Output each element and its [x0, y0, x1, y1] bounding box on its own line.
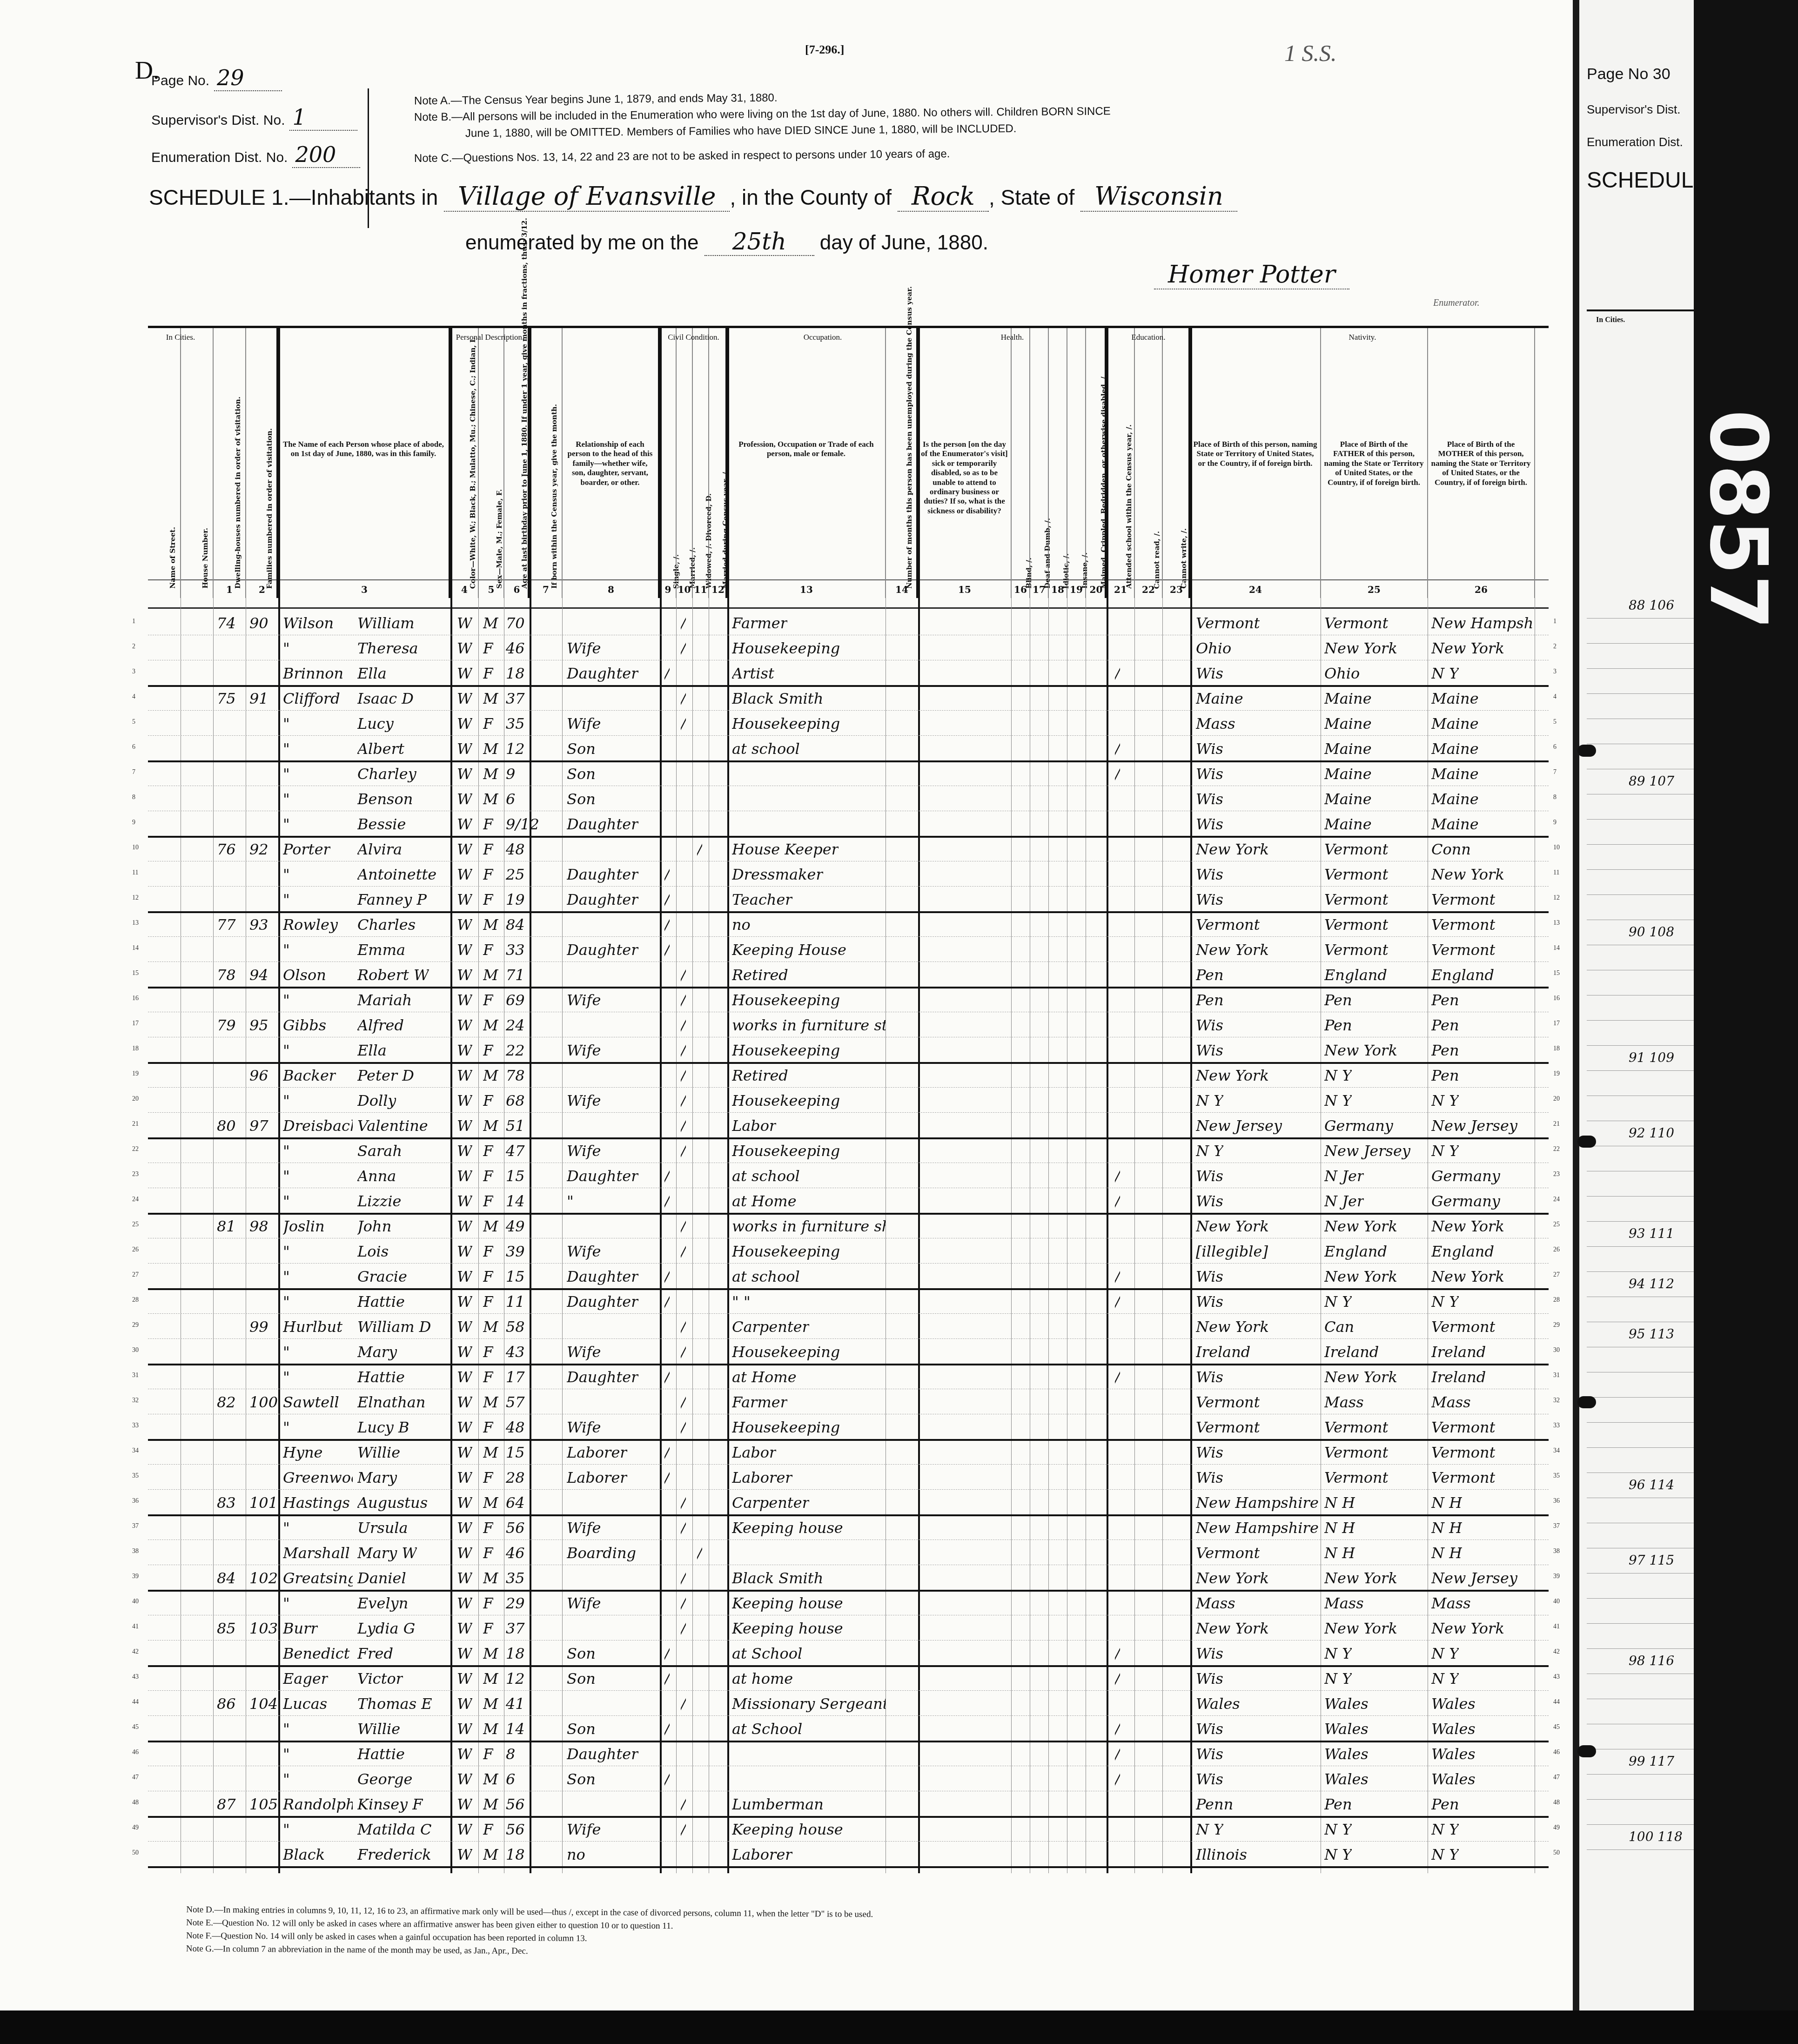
column-header: Married, /.	[676, 328, 692, 598]
line-number: 24	[1553, 1196, 1560, 1204]
occupation: Lumberman	[732, 1795, 824, 1813]
father-birthplace: N Jer	[1324, 1192, 1364, 1210]
age: 6	[506, 790, 515, 808]
birthplace: Wis	[1196, 1720, 1223, 1738]
married-mark: /	[681, 1494, 686, 1512]
facing-table-row: 96 114	[1587, 1472, 1694, 1498]
facing-table-row	[1587, 1699, 1694, 1724]
single-mark: /	[664, 916, 670, 934]
father-birthplace: Vermont	[1324, 1469, 1388, 1486]
mother-birthplace: Vermont	[1431, 1318, 1495, 1336]
surname: Joslin	[283, 1217, 325, 1235]
father-birthplace: Vermont	[1324, 941, 1388, 959]
column-header: Cannot write, /.	[1162, 328, 1190, 598]
column-number: 24	[1190, 584, 1321, 603]
given-name: Evelyn	[357, 1594, 408, 1612]
family-number: 103	[249, 1620, 278, 1637]
line-number: 43	[1553, 1674, 1560, 1681]
line-number: 47	[132, 1774, 139, 1782]
married-mark: /	[681, 1419, 686, 1436]
dwelling-number: 74	[217, 614, 236, 632]
facing-table-row: 91 109	[1587, 1045, 1694, 1071]
birthplace: Wales	[1196, 1695, 1240, 1713]
column-header: Idiotic, /.	[1048, 328, 1067, 598]
given-name: Matilda C	[357, 1821, 431, 1838]
given-name: William D	[357, 1318, 431, 1336]
line-number: 12	[132, 894, 139, 902]
birthplace: Wis	[1196, 1293, 1223, 1311]
birthplace: New York	[1196, 941, 1269, 959]
given-name: Gracie	[357, 1268, 407, 1285]
column-header: Color—White, W.; Black, B.; Mulatto, Mu.…	[450, 328, 478, 598]
line-number: 44	[132, 1699, 139, 1706]
surname: Rowley	[283, 916, 338, 934]
color: W	[457, 1519, 472, 1537]
surname: "	[283, 866, 290, 883]
birthplace: Ireland	[1196, 1343, 1250, 1361]
relationship: Daughter	[567, 1745, 638, 1763]
surname: "	[283, 941, 290, 959]
sex: M	[483, 1645, 498, 1662]
sex: F	[483, 1745, 493, 1763]
color: W	[457, 1117, 472, 1135]
occupation: " "	[732, 1293, 751, 1311]
color: W	[457, 1016, 472, 1034]
color: W	[457, 941, 472, 959]
sex: F	[483, 1544, 493, 1562]
surname: "	[283, 715, 290, 733]
father-birthplace: Vermont	[1324, 1419, 1388, 1436]
color: W	[457, 1620, 472, 1637]
family-number: 99	[249, 1318, 268, 1336]
table-row: 444486104LucasThomas EWM41/Missionary Se…	[148, 1690, 1549, 1716]
sex: M	[483, 1318, 498, 1336]
relationship: Wife	[567, 715, 601, 733]
note-c: Note C.—Questions Nos. 13, 14, 22 and 23…	[414, 148, 950, 165]
given-name: John	[357, 1217, 391, 1235]
relationship: Daughter	[567, 891, 638, 908]
father-birthplace: N Y	[1324, 1092, 1352, 1109]
line-number: 17	[132, 1020, 139, 1028]
line-number: 42	[132, 1648, 139, 1656]
occupation: at School	[732, 1645, 802, 1662]
facing-table-row	[1587, 995, 1694, 1021]
line-number: 14	[132, 945, 139, 952]
facing-table-row	[1587, 1020, 1694, 1046]
line-number: 20	[1553, 1096, 1560, 1103]
given-name: Lydia G	[357, 1620, 415, 1637]
facing-table-row	[1587, 1146, 1694, 1171]
mother-birthplace: New York	[1431, 1217, 1504, 1235]
line-number: 40	[1553, 1598, 1560, 1606]
mother-birthplace: New Jersey	[1431, 1569, 1517, 1587]
facing-table-row	[1587, 1246, 1694, 1272]
father-birthplace: N Y	[1324, 1067, 1352, 1084]
father-birthplace: Vermont	[1324, 840, 1388, 858]
line-number: 13	[132, 920, 139, 927]
sex: M	[483, 1569, 498, 1587]
sex: M	[483, 1393, 498, 1411]
color: W	[457, 916, 472, 934]
sex: M	[483, 1846, 498, 1863]
dwelling-number: 77	[217, 916, 236, 934]
age: 47	[506, 1142, 525, 1160]
relationship: Son	[567, 790, 596, 808]
given-name: Alvira	[357, 840, 402, 858]
birthplace: New York	[1196, 1217, 1269, 1235]
color: W	[457, 840, 472, 858]
table-row: 33BrinnonEllaWF18Daughter/Artist/WisOhio…	[148, 660, 1549, 687]
dwelling-number: 80	[217, 1117, 236, 1135]
footer-notes: Note D.—In making entries in columns 9, …	[186, 1903, 873, 1960]
surname: "	[283, 1167, 290, 1185]
given-name: Hattie	[357, 1293, 405, 1311]
table-row: 10107692PorterAlviraWF48/House KeeperNew…	[148, 836, 1549, 861]
sex: M	[483, 1117, 498, 1135]
enumerator-label: Enumerator.	[1433, 298, 1479, 309]
age: 46	[506, 1544, 525, 1562]
line-number: 44	[1553, 1699, 1560, 1706]
father-birthplace: Can	[1324, 1318, 1354, 1336]
given-name: Hattie	[357, 1745, 405, 1763]
table-row: 5050BlackFrederickWM18noLaborerIllinoisN…	[148, 1841, 1549, 1868]
occupation: Housekeeping	[732, 639, 840, 657]
father-birthplace: Wales	[1324, 1745, 1369, 1763]
facing-table-row	[1587, 1070, 1694, 1096]
sex: F	[483, 1142, 493, 1160]
age: 48	[506, 840, 525, 858]
page-number: 29	[214, 65, 282, 91]
age: 18	[506, 1846, 525, 1863]
father-birthplace: Mass	[1324, 1393, 1364, 1411]
occupation: Labor	[732, 1117, 776, 1135]
column-number: 16	[1011, 584, 1030, 603]
family-number: 104	[249, 1695, 278, 1713]
surname: Greenwood	[283, 1469, 353, 1486]
sex: M	[483, 1217, 498, 1235]
line-number: 11	[132, 869, 138, 877]
occupation: Dressmaker	[732, 866, 823, 883]
father-birthplace: Pen	[1324, 991, 1352, 1009]
line-number: 16	[1553, 995, 1560, 1002]
father-birthplace: Germany	[1324, 1117, 1393, 1135]
occupation: Carpenter	[732, 1494, 809, 1512]
sex: M	[483, 765, 498, 783]
father-birthplace: New Jersey	[1324, 1142, 1410, 1160]
age: 18	[506, 665, 525, 682]
surname: "	[283, 790, 290, 808]
birthplace: Wis	[1196, 1042, 1223, 1059]
line-number: 39	[132, 1573, 139, 1580]
birthplace: N Y	[1196, 1821, 1223, 1838]
mother-birthplace: Pen	[1431, 1795, 1459, 1813]
married-mark: /	[681, 1217, 686, 1235]
occupation: at home	[732, 1670, 793, 1688]
age: 57	[506, 1393, 525, 1411]
occupation: no	[732, 916, 751, 934]
occupation: Retired	[732, 1067, 788, 1084]
sex: F	[483, 1594, 493, 1612]
sex: F	[483, 840, 493, 858]
column-number: 18	[1048, 584, 1067, 603]
line-number: 34	[1553, 1447, 1560, 1455]
sex: F	[483, 665, 493, 682]
table-row: 1818"EllaWF22Wife/HousekeepingWisNew Yor…	[148, 1037, 1549, 1064]
birthplace: Penn	[1196, 1795, 1233, 1813]
surname: Hyne	[283, 1444, 323, 1461]
occupation: Laborer	[732, 1846, 792, 1863]
mother-birthplace: N H	[1431, 1494, 1462, 1512]
frame-stamp: 0857	[1703, 410, 1778, 828]
surname: Benedict	[283, 1645, 350, 1662]
father-birthplace: N Y	[1324, 1645, 1352, 1662]
column-header: If born within the Census year, give the…	[530, 328, 562, 598]
given-name: Antoinette	[357, 866, 436, 883]
color: W	[457, 1745, 472, 1763]
table-row: 292999HurlbutWilliam DWM58/CarpenterNew …	[148, 1313, 1549, 1339]
given-name: Valentine	[357, 1117, 428, 1135]
father-birthplace: Vermont	[1324, 614, 1388, 632]
column-header: House Number.	[181, 328, 213, 598]
binder-ring	[1577, 745, 1596, 757]
dwelling-number: 85	[217, 1620, 236, 1637]
mother-birthplace: Maine	[1431, 790, 1479, 808]
birthplace: Wis	[1196, 891, 1223, 908]
family-number: 97	[249, 1117, 268, 1135]
mother-birthplace: Conn	[1431, 840, 1471, 858]
table-row: 1414"EmmaWF33Daughter/Keeping HouseNew Y…	[148, 936, 1549, 962]
family-number: 92	[249, 840, 268, 858]
facing-table-row: 92 110	[1587, 1121, 1694, 1146]
relationship: Wife	[567, 1594, 601, 1612]
facing-table-row: 97 115	[1587, 1548, 1694, 1573]
age: 15	[506, 1268, 525, 1285]
color: W	[457, 1444, 472, 1461]
surname: "	[283, 740, 290, 758]
mother-birthplace: N Y	[1431, 1821, 1459, 1838]
surname: "	[283, 1519, 290, 1537]
line-number: 15	[132, 970, 139, 977]
age: 6	[506, 1770, 515, 1788]
family-number: 105	[249, 1795, 278, 1813]
line-number: 7	[1553, 769, 1556, 776]
relationship: Wife	[567, 1821, 601, 1838]
facing-table-row	[1587, 794, 1694, 820]
married-mark: /	[681, 1695, 686, 1713]
facing-table-row	[1587, 1598, 1694, 1624]
father-birthplace: N Jer	[1324, 1167, 1364, 1185]
birthplace: Wis	[1196, 790, 1223, 808]
age: 12	[506, 740, 525, 758]
facing-table-row	[1587, 1774, 1694, 1800]
census-table: Name of Street.House Number.Dwelling-hou…	[148, 326, 1549, 1873]
relationship: Wife	[567, 1142, 601, 1160]
father-birthplace: N H	[1324, 1494, 1355, 1512]
binder-ring	[1577, 1136, 1596, 1148]
age: 37	[506, 1620, 525, 1637]
birthplace: Wis	[1196, 815, 1223, 833]
facing-table-row	[1587, 1347, 1694, 1372]
surname: Wilson	[283, 614, 334, 632]
line-number: 2	[132, 643, 135, 651]
column-number: 22	[1134, 584, 1162, 603]
column-header: Single, /.	[660, 328, 676, 598]
mother-birthplace: Maine	[1431, 815, 1479, 833]
surname: Burr	[283, 1620, 318, 1637]
column-group-education: Education.	[1107, 333, 1190, 342]
mother-birthplace: N Y	[1431, 665, 1459, 682]
single-mark: /	[664, 1720, 670, 1738]
surname: Porter	[283, 840, 330, 858]
given-name: Kinsey F	[357, 1795, 423, 1813]
color: W	[457, 715, 472, 733]
given-name: Victor	[357, 1670, 403, 1688]
birthplace: Vermont	[1196, 614, 1260, 632]
occupation: Housekeeping	[732, 1419, 840, 1436]
sex: M	[483, 1770, 498, 1788]
column-header: Deaf and Dumb, /.	[1030, 328, 1048, 598]
surname: "	[283, 1594, 290, 1612]
line-number: 3	[1553, 668, 1556, 676]
surname: Clifford	[283, 690, 340, 707]
line-number: 47	[1553, 1774, 1560, 1782]
given-name: Emma	[357, 941, 405, 959]
mother-birthplace: Mass	[1431, 1594, 1471, 1612]
single-mark: /	[664, 1368, 670, 1386]
birthplace: New Jersey	[1196, 1117, 1282, 1135]
line-number: 1	[132, 618, 135, 625]
facing-table-row	[1587, 1724, 1694, 1749]
given-name: Peter D	[357, 1067, 414, 1084]
surname: "	[283, 1192, 290, 1210]
column-number: 4	[450, 584, 478, 603]
line-number: 5	[1553, 719, 1556, 726]
mother-birthplace: N Y	[1431, 1092, 1459, 1109]
surname: Gibbs	[283, 1016, 326, 1034]
relationship: Daughter	[567, 1268, 638, 1285]
given-name: Thomas E	[357, 1695, 432, 1713]
occupation: Farmer	[732, 614, 787, 632]
table-row: 2222"SarahWF47Wife/HousekeepingN YNew Je…	[148, 1137, 1549, 1163]
color: W	[457, 1821, 472, 1838]
surname: "	[283, 1243, 290, 1260]
given-name: Ursula	[357, 1519, 408, 1537]
column-number: 11	[692, 584, 709, 603]
column-number: 8	[562, 584, 660, 603]
married-mark: /	[681, 1519, 686, 1537]
relationship: Daughter	[567, 866, 638, 883]
facing-table-row	[1587, 1372, 1694, 1398]
age: 43	[506, 1343, 525, 1361]
father-birthplace: New York	[1324, 1569, 1397, 1587]
color: W	[457, 790, 472, 808]
attended-school-mark: /	[1115, 765, 1120, 783]
column-number: 5	[478, 584, 504, 603]
sex: F	[483, 1519, 493, 1537]
birthplace: New York	[1196, 1620, 1269, 1637]
sex: M	[483, 740, 498, 758]
table-row: 15157894OlsonRobert WWM71/RetiredPenEngl…	[148, 961, 1549, 988]
age: 15	[506, 1167, 525, 1185]
family-number: 100	[249, 1393, 278, 1411]
father-birthplace: Mass	[1324, 1594, 1364, 1612]
line-number: 29	[1553, 1322, 1560, 1329]
given-name: Willie	[357, 1444, 400, 1461]
birthplace: Pen	[1196, 991, 1224, 1009]
mother-birthplace: Wales	[1431, 1695, 1476, 1713]
father-birthplace: Vermont	[1324, 916, 1388, 934]
table-row: 2020"DollyWF68Wife/HousekeepingN YN YN Y	[148, 1087, 1549, 1113]
line-number: 6	[132, 744, 135, 751]
line-number: 46	[1553, 1749, 1560, 1756]
line-number: 48	[132, 1799, 139, 1807]
facing-table-row	[1587, 1799, 1694, 1825]
facing-table-row	[1587, 945, 1694, 970]
single-mark: /	[664, 1444, 670, 1461]
dwelling-number: 86	[217, 1695, 236, 1713]
occupation: at school	[732, 1167, 800, 1185]
color: W	[457, 639, 472, 657]
birthplace: Wis	[1196, 1167, 1223, 1185]
facing-enumeration: Enumeration Dist.	[1587, 135, 1694, 149]
age: 29	[506, 1594, 525, 1612]
color: W	[457, 1293, 472, 1311]
line-number: 36	[132, 1498, 139, 1505]
facing-table-row: 88 106	[1587, 593, 1694, 619]
line-number: 22	[1553, 1146, 1560, 1153]
line-number: 5	[132, 719, 135, 726]
relationship: Daughter	[567, 665, 638, 682]
color: W	[457, 1243, 472, 1260]
facing-table-row	[1587, 1498, 1694, 1523]
facing-table-row: 90 108	[1587, 920, 1694, 945]
book-binding	[1694, 0, 1798, 2044]
line-number: 28	[132, 1297, 139, 1304]
color: W	[457, 866, 472, 883]
column-number: 15	[918, 584, 1011, 603]
mother-birthplace: New York	[1431, 639, 1504, 657]
sex: F	[483, 1092, 493, 1109]
birthplace: Wis	[1196, 866, 1223, 883]
sex: F	[483, 639, 493, 657]
table-row: 3737"UrsulaWF56Wife/Keeping houseNew Ham…	[148, 1514, 1549, 1540]
birthplace: N Y	[1196, 1092, 1223, 1109]
facing-table-row	[1587, 1397, 1694, 1423]
column-number: 17	[1030, 584, 1048, 603]
single-mark: /	[664, 1645, 670, 1662]
facing-table-row	[1587, 1447, 1694, 1473]
relationship: Laborer	[567, 1444, 627, 1461]
supervisor-district-field: Supervisor's Dist. No.1	[151, 105, 357, 131]
mother-birthplace: Maine	[1431, 765, 1479, 783]
sex: M	[483, 1695, 498, 1713]
father-birthplace: Ohio	[1324, 665, 1360, 682]
sex: M	[483, 1016, 498, 1034]
birthplace: Wis	[1196, 1645, 1223, 1662]
birthplace: Maine	[1196, 690, 1243, 707]
occupation: at Home	[732, 1192, 797, 1210]
column-number: 1	[213, 584, 246, 603]
column-header: Age at last birthday prior to June 1, 18…	[504, 328, 530, 598]
line-number: 29	[132, 1322, 139, 1329]
line-number: 48	[1553, 1799, 1560, 1807]
age: 78	[506, 1067, 525, 1084]
occupation: Carpenter	[732, 1318, 809, 1336]
given-name: Daniel	[357, 1569, 406, 1587]
age: 56	[506, 1519, 525, 1537]
line-number: 6	[1553, 744, 1556, 751]
table-row: 2727"GracieWF15Daughter/at school/WisNew…	[148, 1263, 1549, 1290]
